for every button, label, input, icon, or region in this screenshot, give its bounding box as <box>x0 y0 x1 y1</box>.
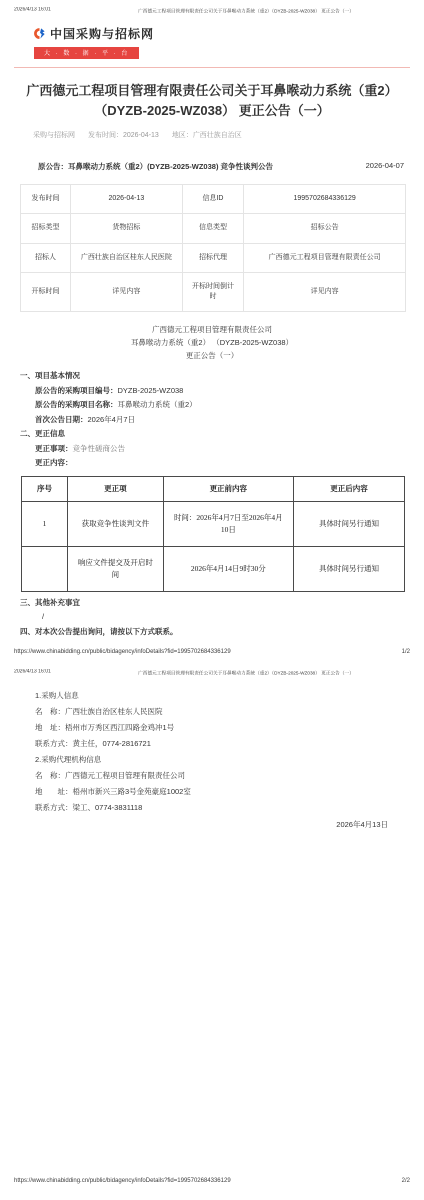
corr-header: 更正项 <box>67 476 163 501</box>
info-cell: 开标时间倒计时 <box>182 272 244 311</box>
table-row: 发布时间 2026-04-13 信息ID 1995702684336129 <box>21 185 406 214</box>
meta-region-value: 广西壮族自治区 <box>193 132 242 139</box>
info-cell: 广西德元工程项目管理有限责任公司 <box>244 243 406 272</box>
correction-table: 序号 更正项 更正前内容 更正后内容 1 获取竞争性谈判文件 时间：2026年4… <box>21 476 405 592</box>
agency-name-line: 广西德元工程项目管理有限责任公司 <box>0 323 424 336</box>
print-footer-page2: https://www.chinabidding.cn/public/bidag… <box>0 1178 424 1184</box>
site-logo-icon <box>33 27 46 40</box>
original-announcement-label: 原公告： <box>38 162 68 171</box>
corr-cell: 响应文件提交及开启时间 <box>67 546 163 591</box>
project-code-label: 原公告的采购项目编号： <box>35 386 118 395</box>
table-row: 响应文件提交及开启时间 2026年4月14日9时30分 具体时间另行通知 <box>22 546 405 591</box>
buyer-phone: 联系方式：黄主任，0774-2816721 <box>35 736 404 752</box>
correction-item-label: 更正事项： <box>35 444 73 453</box>
page-indicator: 2/2 <box>402 1178 410 1184</box>
project-name-label: 原公告的采购项目名称： <box>35 400 118 409</box>
project-name-line: 耳鼻喉动力系统（重2） （DYZB-2025-WZ038） <box>0 336 424 349</box>
section-3-title: 三、其他补充事宜 <box>20 596 404 611</box>
info-cell: 详见内容 <box>244 272 406 311</box>
corr-header: 序号 <box>22 476 68 501</box>
agency-name: 名 称：广西德元工程项目管理有限责任公司 <box>35 768 404 784</box>
correction-item-value: 竞争性磋商公告 <box>73 444 126 453</box>
first-announce-date-label: 首次公告日期： <box>35 415 88 424</box>
project-name-line: 原公告的采购项目名称：耳鼻喉动力系统（重2） <box>35 398 404 413</box>
print-header-page1: 2026/4/13 16:01 广西德元工程项目管理有限责任公司关于耳鼻喉动力系… <box>0 7 424 17</box>
project-code-line: 原公告的采购项目编号：DYZB-2025-WZ038 <box>35 384 404 399</box>
table-row: 招标类型 货物招标 信息类型 招标公告 <box>21 214 406 243</box>
corr-cell: 获取竞争性谈判文件 <box>67 501 163 546</box>
info-cell: 广西壮族自治区桂东人民医院 <box>71 243 183 272</box>
buyer-address: 地 址：梧州市万秀区西江四路金鸡冲1号 <box>35 720 404 736</box>
agency-heading: 2.采购代理机构信息 <box>35 752 404 768</box>
site-name: 中国采购与招标网 <box>50 25 154 42</box>
header-divider <box>14 67 410 68</box>
table-row: 1 获取竞争性谈判文件 时间：2026年4月7日至2026年4月10日 具体时间… <box>22 501 405 546</box>
table-row: 开标时间 详见内容 开标时间倒计时 详见内容 <box>21 272 406 311</box>
print-footer-page1: https://www.chinabidding.cn/public/bidag… <box>14 649 410 655</box>
info-cell: 信息ID <box>182 185 244 214</box>
site-tagline-banner: 大 · 数 · 据 · 平 · 台 <box>34 47 139 59</box>
print-header-page2: 2026/4/13 16:01 广西德元工程项目管理有限责任公司关于耳鼻喉动力系… <box>0 669 424 679</box>
first-announce-date-line: 首次公告日期：2026年4月7日 <box>35 413 404 428</box>
project-name-value: 耳鼻喉动力系统（重2） <box>118 400 197 409</box>
print-timestamp: 2026/4/13 16:01 <box>14 669 51 674</box>
original-announcement-title: 原公告：耳鼻喉动力系统（重2）(DYZB-2025-WZ038) 竞争性谈判公告 <box>38 161 273 172</box>
section-1-title: 一、项目基本情况 <box>20 369 404 384</box>
info-cell: 招标类型 <box>21 214 71 243</box>
original-announcement-value: 耳鼻喉动力系统（重2）(DYZB-2025-WZ038) 竞争性谈判公告 <box>68 162 273 171</box>
corr-cell <box>22 546 68 591</box>
original-announcement-date: 2026-04-07 <box>366 161 404 172</box>
info-cell: 发布时间 <box>21 185 71 214</box>
meta-publish-label: 发布时间： <box>88 132 123 139</box>
section-3-value: / <box>42 610 404 625</box>
first-announce-date-value: 2026年4月7日 <box>88 415 136 424</box>
info-cell: 货物招标 <box>71 214 183 243</box>
corr-cell: 1 <box>22 501 68 546</box>
signature-date: 2026年4月13日 <box>0 819 388 830</box>
corr-cell: 2026年4月14日9时30分 <box>163 546 293 591</box>
corr-header: 更正前内容 <box>163 476 293 501</box>
buyer-name: 名 称：广西壮族自治区桂东人民医院 <box>35 704 404 720</box>
info-cell: 详见内容 <box>71 272 183 311</box>
announcement-title: 广西德元工程项目管理有限责任公司关于耳鼻喉动力系统（重2）（DYZB-2025-… <box>26 81 398 121</box>
section-2-title: 二、更正信息 <box>20 427 404 442</box>
section-4-title: 四、对本次公告提出询问，请按以下方式联系。 <box>20 625 404 640</box>
site-brand: 中国采购与招标网 大 · 数 · 据 · 平 · 台 <box>33 25 424 60</box>
meta-region-label: 地区： <box>172 132 193 139</box>
correction-item-line: 更正事项：竞争性磋商公告 <box>35 442 404 457</box>
info-cell: 招标代理 <box>182 243 244 272</box>
agency-phone: 联系方式：梁工、0774-3831118 <box>35 800 404 816</box>
announcement-meta: 采购与招标网 发布时间：2026-04-13 地区：广西壮族自治区 <box>33 130 424 140</box>
info-cell: 信息类型 <box>182 214 244 243</box>
footer-url: https://www.chinabidding.cn/public/bidag… <box>14 649 231 655</box>
print-document-title: 广西德元工程项目管理有限责任公司关于耳鼻喉动力系统（重2）（DYZB-2025-… <box>123 669 369 676</box>
correction-content-label: 更正内容： <box>35 456 404 471</box>
meta-publish: 发布时间：2026-04-13 <box>88 130 159 140</box>
buyer-heading: 1.采购人信息 <box>35 688 404 704</box>
meta-publish-date: 2026-04-13 <box>123 132 159 139</box>
info-summary-table: 发布时间 2026-04-13 信息ID 1995702684336129 招标… <box>20 184 406 312</box>
corr-cell: 具体时间另行通知 <box>293 501 404 546</box>
document-body: 一、项目基本情况 原公告的采购项目编号：DYZB-2025-WZ038 原公告的… <box>20 369 404 639</box>
correction-title-line: 更正公告（一） <box>0 349 424 362</box>
project-code-value: DYZB-2025-WZ038 <box>118 386 184 395</box>
corr-cell: 时间：2026年4月7日至2026年4月10日 <box>163 501 293 546</box>
print-document-title: 广西德元工程项目管理有限责任公司关于耳鼻喉动力系统（重2）（DYZB-2025-… <box>123 7 369 14</box>
info-cell: 招标人 <box>21 243 71 272</box>
table-header-row: 序号 更正项 更正前内容 更正后内容 <box>22 476 405 501</box>
table-row: 招标人 广西壮族自治区桂东人民医院 招标代理 广西德元工程项目管理有限责任公司 <box>21 243 406 272</box>
page-indicator: 1/2 <box>402 649 410 655</box>
meta-source: 采购与招标网 <box>33 130 75 140</box>
footer-url: https://www.chinabidding.cn/public/bidag… <box>14 1178 231 1184</box>
contact-info-block: 1.采购人信息 名 称：广西壮族自治区桂东人民医院 地 址：梧州市万秀区西江四路… <box>35 688 404 816</box>
corr-header: 更正后内容 <box>293 476 404 501</box>
info-cell: 2026-04-13 <box>71 185 183 214</box>
info-cell: 开标时间 <box>21 272 71 311</box>
centered-heading-block: 广西德元工程项目管理有限责任公司 耳鼻喉动力系统（重2） （DYZB-2025-… <box>0 323 424 362</box>
corr-cell: 具体时间另行通知 <box>293 546 404 591</box>
original-announcement-row: 原公告：耳鼻喉动力系统（重2）(DYZB-2025-WZ038) 竞争性谈判公告… <box>38 161 404 172</box>
print-timestamp: 2026/4/13 16:01 <box>14 7 51 12</box>
meta-region: 地区：广西壮族自治区 <box>172 130 242 140</box>
agency-address: 地 址：梧州市新兴三路3号金苑豪庭1002室 <box>35 784 404 800</box>
info-cell: 招标公告 <box>244 214 406 243</box>
info-cell: 1995702684336129 <box>244 185 406 214</box>
